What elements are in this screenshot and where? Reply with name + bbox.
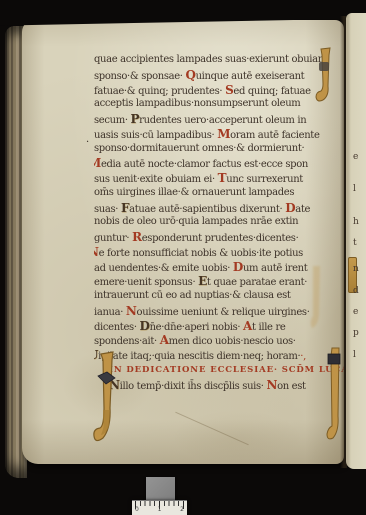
text-line: intrauerunt cū eo ad nuptias·& clausa es… xyxy=(94,289,344,304)
manuscript-page: quae accipientes lampades suas·exierunt … xyxy=(22,20,344,464)
text-line: fatuae·& quinq; prudentes· Sed quinq; fa… xyxy=(94,83,344,98)
text-line: emere·uenit sponsus· Et quae paratae era… xyxy=(94,274,344,289)
ruler-number: 0 xyxy=(135,506,139,513)
text-line: dicentes· Dn̄e·dn̄e·aperi nobis· At ille… xyxy=(94,319,344,334)
letter-fragment: t xyxy=(353,239,357,248)
text-line: sus uenit·exite obuiam ei· Tunc surrexer… xyxy=(94,171,344,186)
letter-fragment: d xyxy=(353,287,359,296)
text-line: sponso·& sponsae· Quinque autē exeiseran… xyxy=(94,68,344,83)
text-line: uasis suis·cū lampadibus· Moram autē fac… xyxy=(94,127,344,142)
margin-mark: · xyxy=(86,137,89,148)
ruler-number: 2 xyxy=(180,506,184,513)
illuminated-initial-top-right xyxy=(315,46,334,106)
text-line: guntur· Responderunt prudentes·dicentes· xyxy=(94,230,344,245)
letter-fragment: l xyxy=(353,351,356,360)
text-line: Nillo temp̄·dixit ih̄s discp̄lis suis· N… xyxy=(109,378,344,393)
letter-fragment: l xyxy=(353,185,356,194)
letter-fragment: n xyxy=(353,265,359,274)
rubric-line: IN DEDICATIONE ECCLESIAE· SCD̄M LUCAM xyxy=(109,363,344,378)
text-line: Uigilate itaq;·quia nescitis diem·neq; h… xyxy=(94,348,344,363)
manuscript-photo: quae accipientes lampades suas·exierunt … xyxy=(0,0,366,515)
ruler-labels: 012 xyxy=(133,506,186,513)
text-line: Media autē nocte·clamor factus est·ecce … xyxy=(94,156,344,171)
parchment-scratch xyxy=(175,412,248,445)
letter-fragment: e xyxy=(353,308,358,317)
text-line: secum· Prudentes uero·acceperunt oleum i… xyxy=(94,112,344,127)
text-line: suas· Fatuae autē·sapientibus dixerunt· … xyxy=(94,201,344,216)
color-calibration-patch xyxy=(146,477,175,500)
next-page-edge: elhtndepl xyxy=(346,13,366,469)
text-line: Ne forte nonsufficiat nobis & uobis·ite … xyxy=(94,245,344,260)
text-line: ianua· Nouissime ueniunt & relique uirgi… xyxy=(94,304,344,319)
text-line: sponso·dormitauerunt omnes·& dormierunt· xyxy=(94,142,344,157)
letter-fragment: h xyxy=(353,218,359,227)
text-line: ad uendentes·& emite uobis· Dum autē ire… xyxy=(94,260,344,275)
text-block: quae accipientes lampades suas·exierunt … xyxy=(94,53,344,392)
letter-fragment: p xyxy=(353,329,359,338)
text-line: om̄s uirgines illae·& ornauerunt lampade… xyxy=(94,186,344,201)
text-line: spondens·ait· Amen dico uobis·nescio uos… xyxy=(94,333,344,348)
text-line: acceptis lampadibus·nonsumpserunt oleum xyxy=(94,97,344,112)
scale-ruler: 012 xyxy=(132,500,187,515)
text-line: quae accipientes lampades suas·exierunt … xyxy=(94,53,344,68)
showthrough-initial xyxy=(308,264,324,332)
illuminated-initial-I-left xyxy=(93,348,120,448)
text-line: nobis de oleo urō·quia lampades nrāe ext… xyxy=(94,215,344,230)
ruler-number: 1 xyxy=(158,506,162,513)
letter-fragment: e xyxy=(353,153,358,162)
